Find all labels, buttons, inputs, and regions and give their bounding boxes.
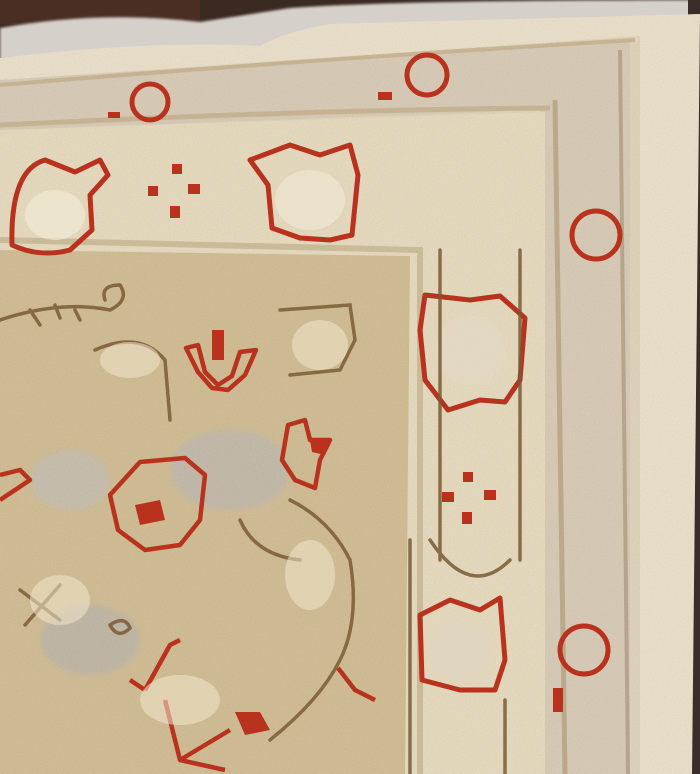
rug-photo [0,0,700,774]
rug-illustration [0,0,700,774]
